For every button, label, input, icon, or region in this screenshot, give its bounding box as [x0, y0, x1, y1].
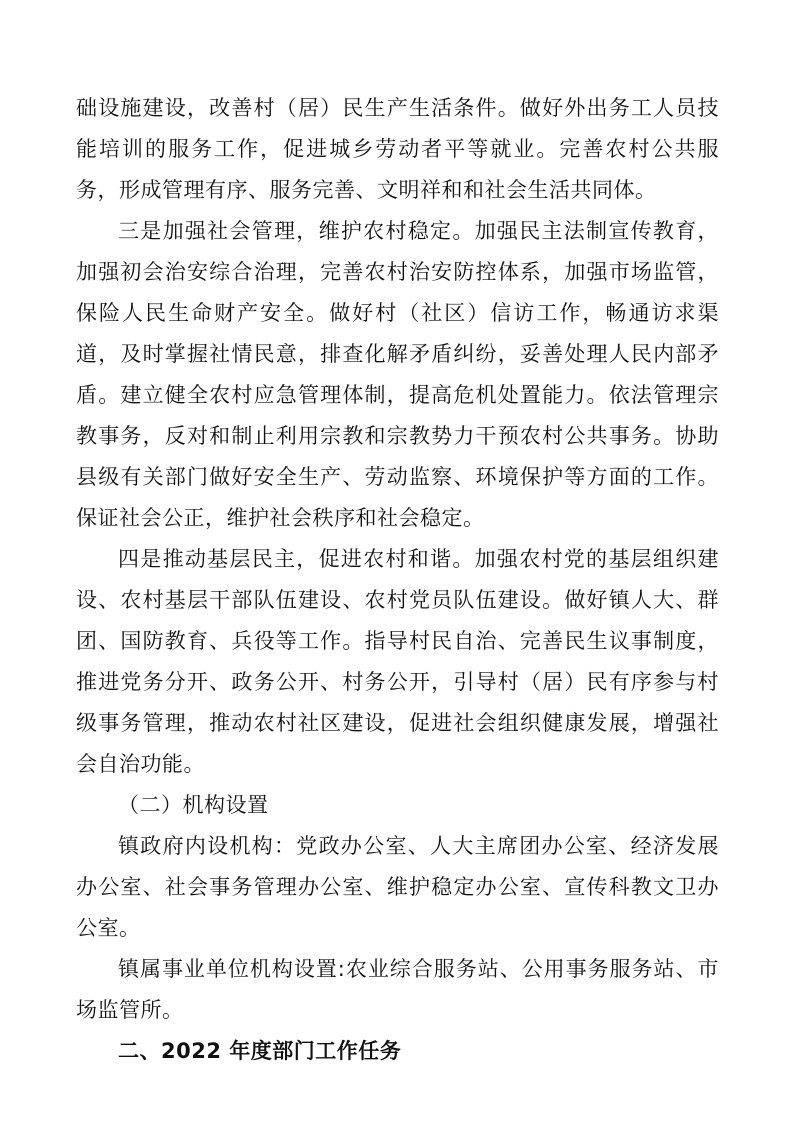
paragraph-item-four: 四是推动基层民主，促进农村和谐。加强农村党的基层组织建设、农村基层干部队伍建设、…: [76, 539, 719, 785]
paragraph-item-three: 三是加强社会管理，维护农村稳定。加强民主法制宣传教育，加强初会治安综合治理，完善…: [76, 211, 719, 539]
document-page: 础设施建设，改善村（居）民生产生活条件。做好外出务工人员技能培训的服务工作，促进…: [0, 0, 793, 1122]
paragraph-continuation: 础设施建设，改善村（居）民生产生活条件。做好外出务工人员技能培训的服务工作，促进…: [76, 88, 719, 211]
subsection-heading-organization: （二）机构设置: [76, 785, 719, 826]
document-body: 础设施建设，改善村（居）民生产生活条件。做好外出务工人员技能培训的服务工作，促进…: [76, 88, 719, 1072]
paragraph-internal-offices: 镇政府内设机构：党政办公室、人大主席团办公室、经济发展办公室、社会事务管理办公室…: [76, 826, 719, 949]
paragraph-public-institutions: 镇属事业单位机构设置:农业综合服务站、公用事务服务站、市场监管所。: [76, 949, 719, 1031]
section-heading-2022-tasks: 二、2022 年度部门工作任务: [76, 1031, 719, 1072]
